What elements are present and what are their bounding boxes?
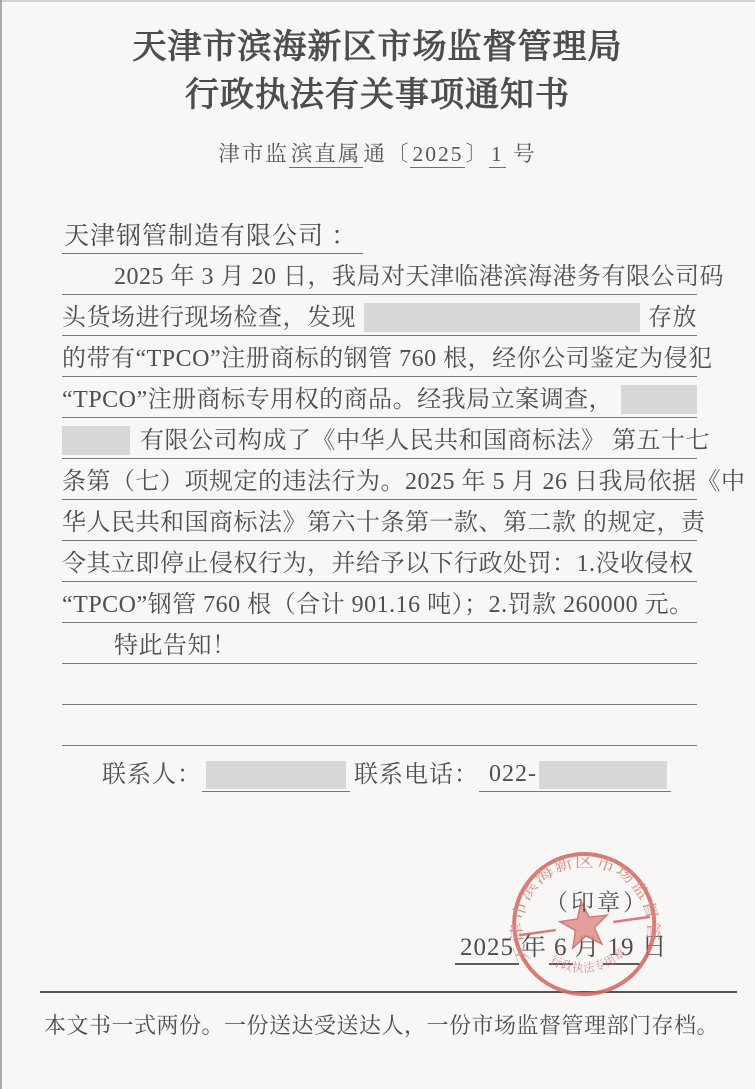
blank-ruled-line-2 — [62, 705, 697, 746]
date-month: 6 — [549, 934, 573, 965]
body-line-8: 令其立即停止侵权行为，并给予以下行政处罚：1.没收侵权 — [62, 541, 697, 582]
doc-number-year: 2025 — [410, 142, 465, 168]
redaction-box — [364, 303, 640, 332]
contact-person-field — [202, 752, 350, 792]
body-line-7-text: 华人民共和国商标法》第六十条第一款、第二款 的规定，责 — [62, 502, 706, 537]
seal-placeholder-label: （印章） — [545, 884, 649, 917]
body-line-5: 有限公司构成了《中华人民共和国商标法》 第五十七 — [62, 418, 697, 459]
body-line-2-text-post: 存放 — [648, 297, 697, 332]
document-header: 天津市滨海新区市场监督管理局 行政执法有关事项通知书 — [0, 24, 755, 120]
contact-phone-label: 联系电话： — [354, 754, 479, 792]
body-line-3: 的带有“TPCO”注册商标的钢管 760 根，经你公司鉴定为侵犯 — [62, 336, 697, 377]
addressee-name: 天津钢管制造有限公司 ： — [62, 223, 363, 254]
date-year-label: 年 — [521, 934, 547, 961]
body-line-7: 华人民共和国商标法》第六十条第一款、第二款 的规定，责 — [62, 500, 697, 541]
date-day: 19 — [603, 934, 640, 965]
body-line-5-text: 有限公司构成了《中华人民共和国商标法》 第五十七 — [140, 420, 710, 455]
doc-number-suffix: 号 — [513, 142, 537, 166]
body-line-4: “TPCO”注册商标专用权的商品。经我局立案调查， — [62, 377, 697, 418]
document-title-line2: 行政执法有关事项通知书 — [0, 72, 755, 120]
contact-phone-prefix: 022- — [483, 761, 539, 789]
date-line: 2025年6月19日 — [455, 927, 670, 963]
body-line-9-text: “TPCO”钢管 760 根（合计 901.16 吨）；2.罚款 260000 … — [62, 584, 694, 619]
addressee-line: 天津钢管制造有限公司 ： — [62, 216, 363, 252]
body-line-10: 特此告知！ — [62, 623, 697, 664]
scan-edge-top — [0, 0, 755, 2]
doc-number-serial: 1 — [489, 142, 506, 168]
body-line-10-text: 特此告知！ — [114, 625, 237, 660]
redaction-box — [62, 426, 130, 455]
document-title-line1: 天津市滨海新区市场监督管理局 — [0, 24, 755, 72]
redaction-box — [206, 761, 346, 789]
body-line-1: 2025 年 3 月 20 日，我局对天津临港滨海港务有限公司码 — [62, 254, 697, 295]
date-day-label: 日 — [642, 934, 668, 961]
body-line-1-text: 2025 年 3 月 20 日，我局对天津临港滨海港务有限公司码 — [114, 256, 724, 291]
blank-ruled-line-1 — [62, 664, 697, 705]
official-seal-stamp: 天津市滨海新区市场监督管理局 行政执法专用章 — [491, 829, 677, 1015]
doc-number-mid2: 〕 — [465, 142, 489, 166]
contact-phone-field: 022- — [479, 752, 671, 792]
footer-separator-line — [40, 991, 737, 993]
body-line-8-text: 令其立即停止侵权行为，并给予以下行政处罚：1.没收侵权 — [62, 543, 694, 578]
doc-number-mid1: 通〔 — [363, 142, 410, 166]
body-paragraph: 2025 年 3 月 20 日，我局对天津临港滨海港务有限公司码 头货场进行现场… — [62, 254, 697, 746]
doc-number-line: 津市监滨直属通〔2025〕1 号 — [0, 137, 755, 168]
contact-person-label: 联系人： — [102, 754, 202, 792]
contact-line: 联系人： 联系电话： 022- — [62, 750, 697, 792]
seal-center-line-right — [613, 917, 650, 922]
body-line-4-text: “TPCO”注册商标专用权的商品。经我局立案调查， — [62, 379, 613, 414]
footer-note: 本文书一式两份。一份送达受送达人，一份市场监督管理部门存档。 — [44, 1009, 734, 1040]
date-month-label: 月 — [575, 934, 601, 961]
doc-number-underlined1: 滨直属 — [289, 142, 364, 168]
body-line-6-text: 条第（七）项规定的违法行为。2025 年 5 月 26 日我局依据《中 — [62, 461, 746, 496]
redaction-box — [621, 385, 697, 414]
notice-document-page: 天津市滨海新区市场监督管理局 行政执法有关事项通知书 津市监滨直属通〔2025〕… — [0, 0, 755, 1089]
seal-ring — [505, 845, 663, 1003]
date-year: 2025 — [455, 934, 519, 965]
body-line-9: “TPCO”钢管 760 根（合计 901.16 吨）；2.罚款 260000 … — [62, 582, 697, 623]
body-line-6: 条第（七）项规定的违法行为。2025 年 5 月 26 日我局依据《中 — [62, 459, 697, 500]
redaction-box — [539, 761, 667, 789]
body-line-2: 头货场进行现场检查，发现 存放 — [62, 295, 697, 336]
body-line-3-text: 的带有“TPCO”注册商标的钢管 760 根，经你公司鉴定为侵犯 — [62, 338, 713, 373]
body-line-2-text-pre: 头货场进行现场检查，发现 — [62, 297, 356, 332]
doc-number-prefix: 津市监 — [218, 142, 289, 166]
